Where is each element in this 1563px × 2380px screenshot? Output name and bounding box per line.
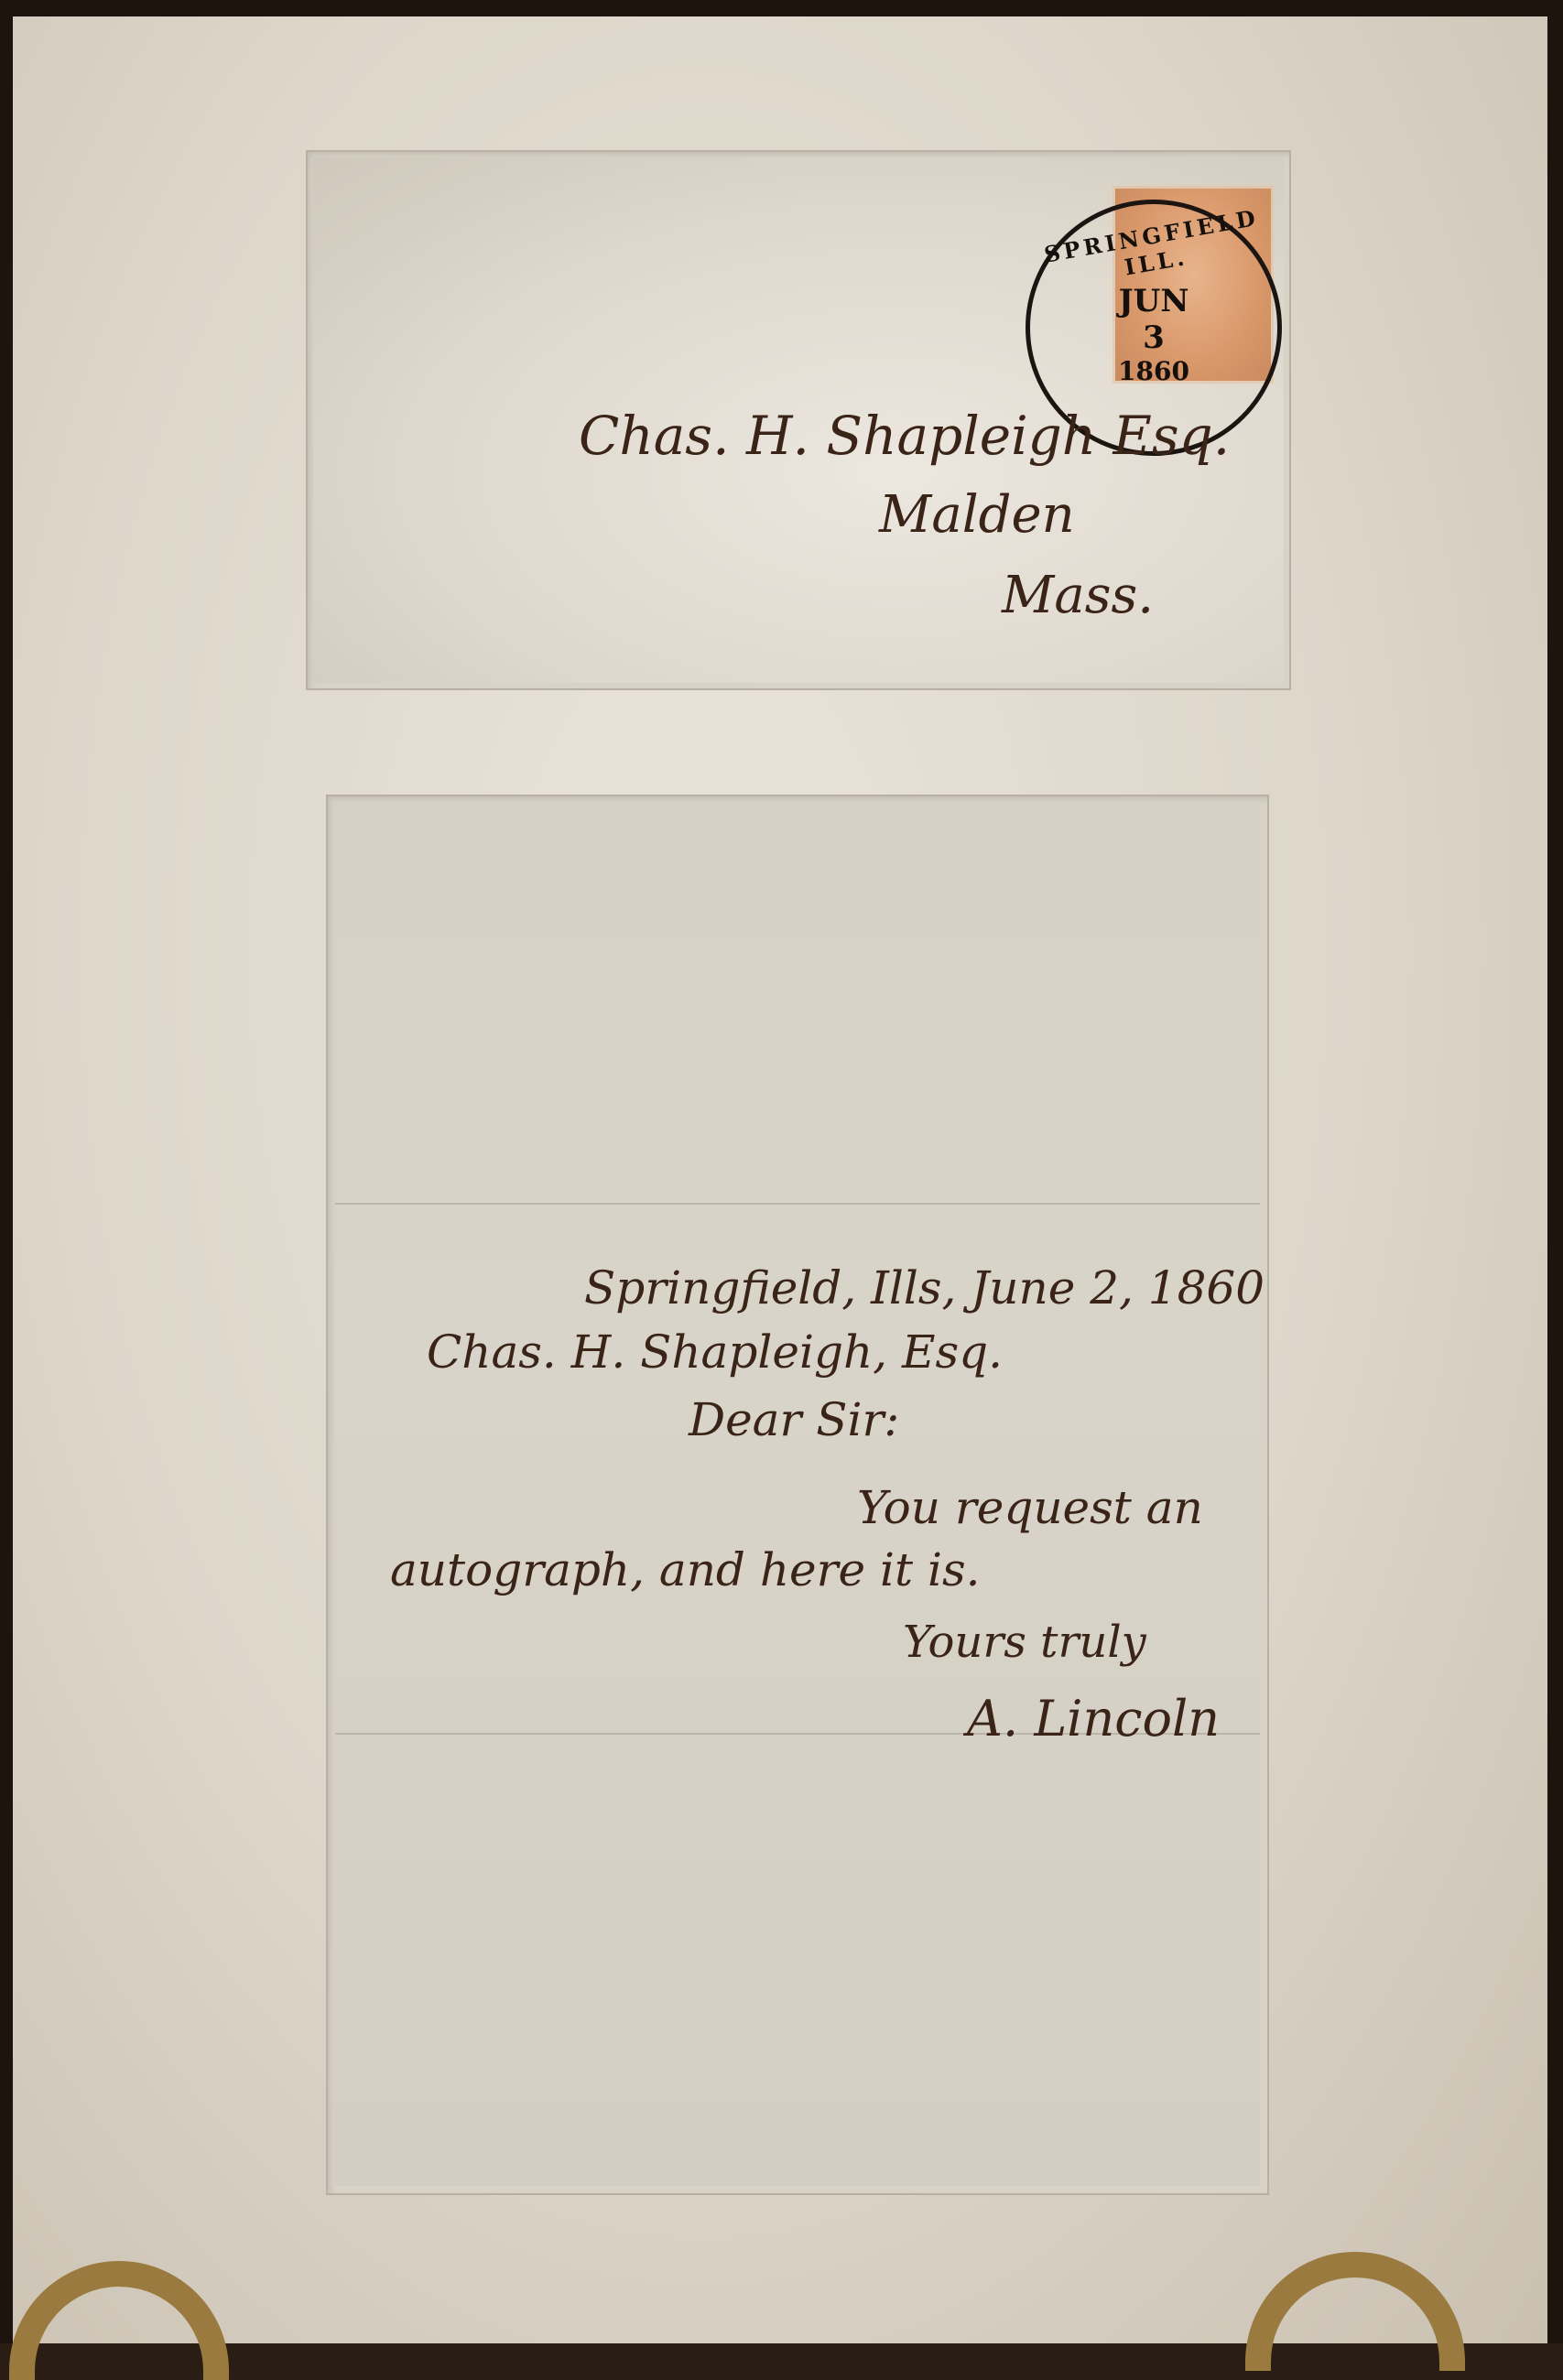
envelope-window: SPRINGFIELD ILL. JUN 3 1860 Chas. H. Sha… [306, 150, 1291, 690]
postmark-ring-text: SPRINGFIELD ILL. [1037, 203, 1271, 296]
letter-fold-line [335, 1203, 1260, 1205]
letter-dateline: Springfield, Ills, June 2, 1860 [584, 1261, 1265, 1314]
mat-board: SPRINGFIELD ILL. JUN 3 1860 Chas. H. Sha… [13, 16, 1547, 2343]
postmark-month: JUN [1103, 283, 1204, 319]
envelope-address-state: Mass. [1002, 566, 1154, 625]
letter-signature: A. Lincoln [967, 1690, 1220, 1747]
postmark-day: 3 [1103, 319, 1204, 356]
letter-addressee: Chas. H. Shapleigh, Esq. [427, 1325, 1003, 1379]
letter-body-line-2: autograph, and here it is. [390, 1543, 981, 1596]
envelope-address-name: Chas. H. Shapleigh Esq. [579, 405, 1230, 467]
letter-salutation: Dear Sir: [689, 1393, 899, 1446]
handwritten-letter: Springfield, Ills, June 2, 1860 Chas. H.… [335, 804, 1260, 2186]
letter-window: Springfield, Ills, June 2, 1860 Chas. H.… [326, 795, 1269, 2195]
envelope-address-city: Malden [879, 485, 1075, 545]
envelope: SPRINGFIELD ILL. JUN 3 1860 Chas. H. Sha… [313, 157, 1284, 683]
picture-frame: SPRINGFIELD ILL. JUN 3 1860 Chas. H. Sha… [0, 0, 1563, 2343]
letter-body-line-1: You request an [857, 1481, 1203, 1534]
letter-closing: Yours truly [903, 1617, 1146, 1668]
postmark-year: 1860 [1103, 356, 1204, 386]
